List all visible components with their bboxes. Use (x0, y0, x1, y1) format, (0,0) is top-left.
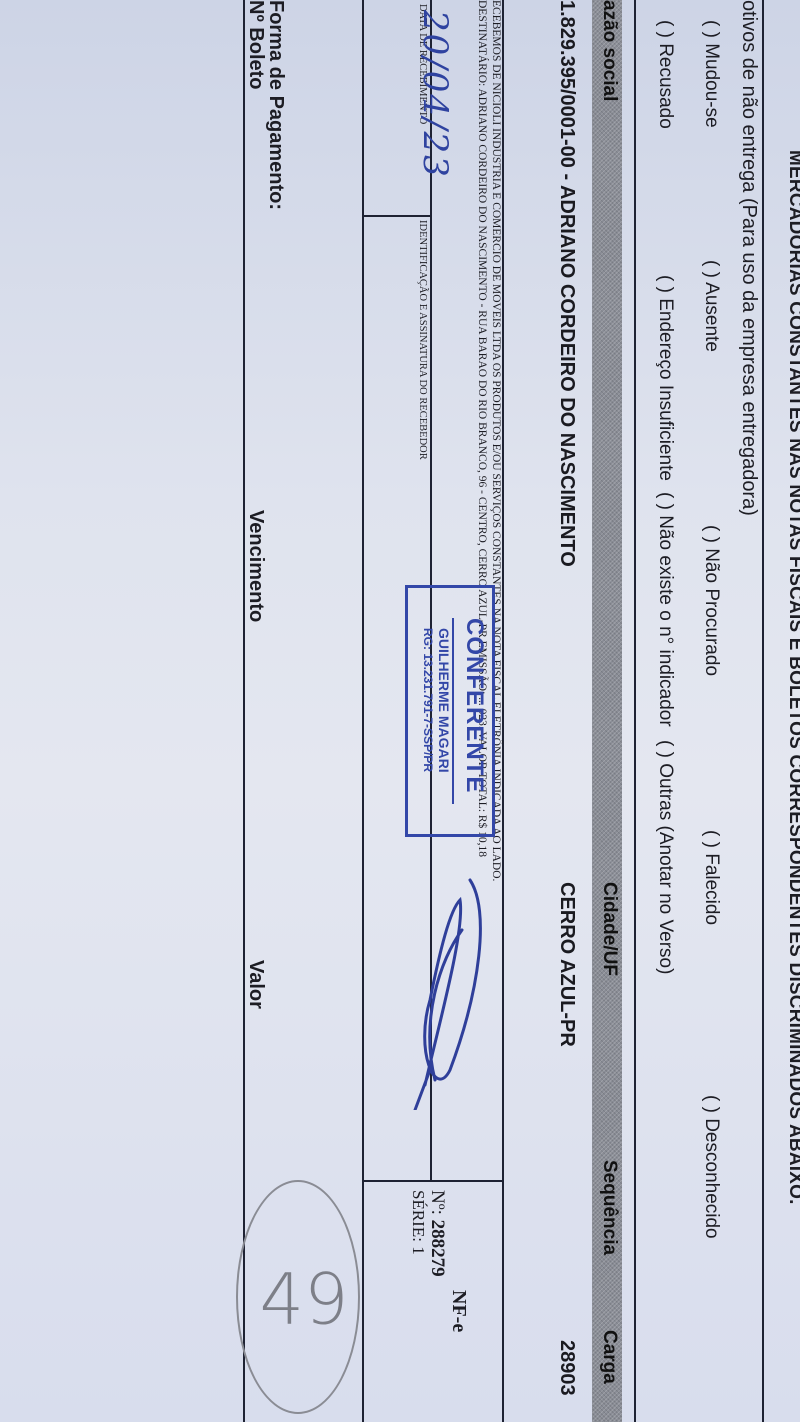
header-sequencia: Sequência (598, 1160, 620, 1255)
option-outras[interactable]: ( ) Outras (Anotar no Verso) (654, 740, 676, 974)
nfe-serie-value: 1 (409, 1246, 428, 1255)
boleto-label: Nº Boleto (244, 0, 267, 90)
nfe-serie: SÉRIE: 1 (408, 1190, 428, 1255)
conferente-stamp: CONFERENTE GUILHERME MAGARI RG: 13.231.7… (405, 585, 495, 837)
option-nao-procurado[interactable]: ( ) Não Procurado (700, 525, 722, 676)
delivery-receipt-document: MERCADORIAS CONSTANTES NAS NOTAS FISCAIS… (0, 0, 800, 1422)
stamp-name: GUILHERME MAGARI (436, 628, 452, 773)
header-title: MERCADORIAS CONSTANTES NAS NOTAS FISCAIS… (784, 150, 800, 1205)
stamp-rg: RG: 13.231.791-7-SSP/PR (421, 628, 435, 772)
header-carga: Carga (598, 1330, 620, 1384)
nfe-number-value: 288279 (427, 1220, 448, 1277)
payment-divider (243, 0, 245, 1422)
header-divider (762, 0, 764, 1422)
motivos-title: otivos de não entrega (Para uso da empre… (737, 0, 760, 516)
circled-handwritten-number: 49 (259, 1259, 348, 1341)
stamp-rule (452, 618, 454, 804)
signature-label: IDENTIFICAÇÃO E ASSINATURA DO RECEBEDOR (417, 220, 428, 460)
option-desconhecido[interactable]: ( ) Desconhecido (700, 1095, 722, 1239)
nfe-column-divider (362, 1180, 504, 1182)
value-carga: 28903 (555, 1340, 578, 1396)
handwritten-date[interactable]: 20/04/23 (415, 10, 455, 179)
motivos-divider (634, 0, 636, 1422)
header-cidade-uf: Cidade/UF (598, 882, 620, 976)
vencimento-label: Vencimento (244, 510, 267, 622)
signature-scribble[interactable] (350, 870, 510, 1110)
option-nao-existe-numero[interactable]: ( ) Não existe o n° indicador (654, 492, 676, 727)
date-signature-divider (362, 215, 432, 217)
stamp-title: CONFERENTE (460, 618, 488, 793)
nfe-label: NF-e (447, 1290, 470, 1332)
nfe-serie-label: SÉRIE: (409, 1190, 428, 1242)
nfe-number: Nº: 288279 (426, 1190, 448, 1277)
option-recusado[interactable]: ( ) Recusado (654, 20, 676, 129)
value-razao-social: 1.829.395/0001-00 - ADRIANO CORDEIRO DO … (555, 0, 578, 567)
option-falecido[interactable]: ( ) Falecido (700, 830, 722, 925)
receipt-box-bottom (362, 0, 364, 1422)
option-mudou-se[interactable]: ( ) Mudou-se (700, 20, 722, 128)
value-cidade-uf: CERRO AZUL-PR (555, 882, 578, 1047)
header-razao-social: azão social (598, 0, 620, 101)
option-endereco-insuficiente[interactable]: ( ) Endereço Insuficiente (654, 275, 676, 481)
nfe-number-label: Nº: (427, 1190, 448, 1215)
forma-pagamento-label: Forma de Pagamento: (264, 0, 287, 210)
receipt-box-top (502, 0, 504, 1422)
option-ausente[interactable]: ( ) Ausente (700, 260, 722, 352)
valor-label: Valor (244, 960, 267, 1009)
